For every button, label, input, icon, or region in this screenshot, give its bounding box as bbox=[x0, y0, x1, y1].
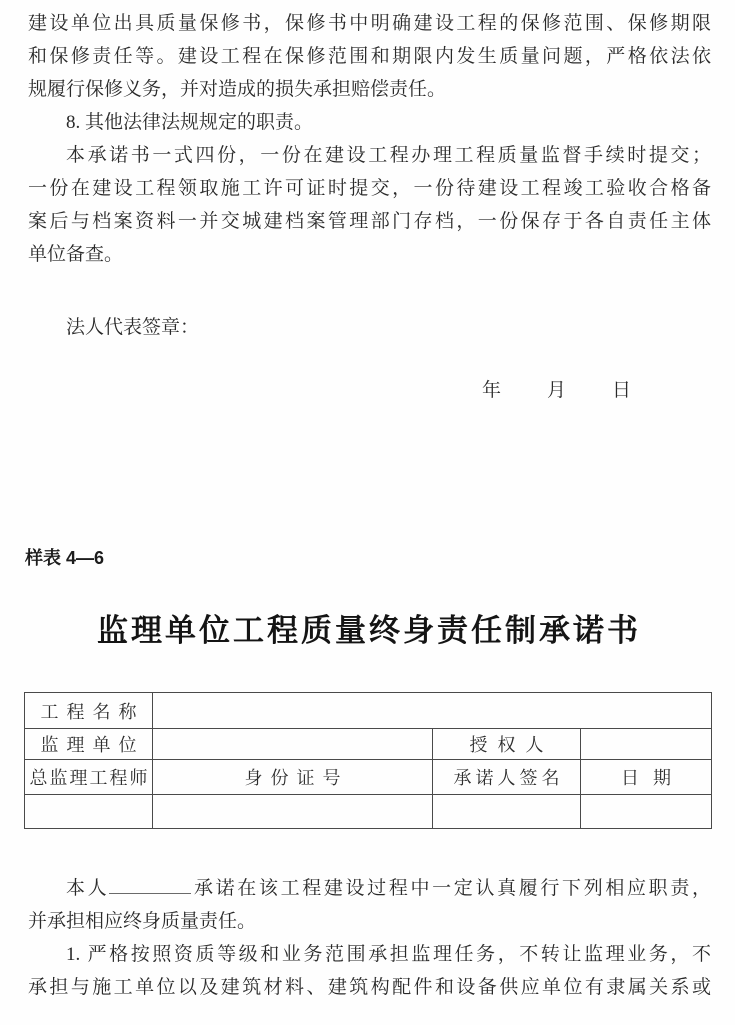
table-row: 监理单位 授权人 bbox=[25, 729, 712, 760]
date-header-cell: 日期 bbox=[581, 760, 712, 795]
sample-table-number: 样表 4—6 bbox=[25, 546, 104, 570]
warranty-section: 建设单位出具质量保修书，保修书中明确建设工程的保修范围、保修期限 和保修责任等。… bbox=[28, 7, 711, 271]
commitment-form-table: 工程名称 监理单位 授权人 总监理工程师 身份证号 承诺人签名 日期 bbox=[24, 692, 712, 829]
body-text-line: 本承诺书一式四份，一份在建设工程办理工程质量监督手续时提交； bbox=[28, 139, 711, 172]
commitment-section: 本人承诺在该工程建设过程中一定认真履行下列相应职责， 并承担相应终身质量责任。 … bbox=[28, 872, 711, 1004]
project-name-value-cell bbox=[153, 693, 712, 729]
chief-engineer-value-cell bbox=[25, 795, 153, 829]
body-text-line: 承担与施工单位以及建筑材料、建筑构配件和设备供应单位有隶属关系或 bbox=[28, 971, 711, 1004]
id-number-value-cell bbox=[153, 795, 433, 829]
body-text-line: 和保修责任等。建设工程在保修范围和期限内发生质量问题，严格依法依 bbox=[28, 40, 711, 73]
authorized-person-value-cell bbox=[581, 729, 712, 760]
body-text-line: 案后与档案资料一并交城建档案管理部门存档，一份保存于各自责任主体 bbox=[28, 205, 711, 238]
body-text-line: 并承担相应终身质量责任。 bbox=[28, 905, 711, 938]
body-text-line: 1. 严格按照资质等级和业务范围承担监理任务，不转让监理业务，不 bbox=[28, 938, 711, 971]
body-text-line: 一份在建设工程领取施工许可证时提交，一份待建设工程竣工验收合格备 bbox=[28, 172, 711, 205]
authorized-person-label-cell: 授权人 bbox=[433, 729, 581, 760]
table-row: 总监理工程师 身份证号 承诺人签名 日期 bbox=[25, 760, 712, 795]
supervision-unit-value-cell bbox=[153, 729, 433, 760]
day-label: 日 bbox=[612, 374, 631, 407]
body-text-line: 单位备查。 bbox=[28, 238, 711, 271]
date-line: 年 月 日 bbox=[482, 374, 631, 407]
chief-engineer-header-cell: 总监理工程师 bbox=[25, 760, 153, 795]
commitment-prefix: 本人 bbox=[66, 878, 109, 899]
body-text-line: 本人承诺在该工程建设过程中一定认真履行下列相应职责， bbox=[28, 872, 711, 905]
fill-in-blank bbox=[109, 875, 191, 894]
document-title: 监理单位工程质量终身责任制承诺书 bbox=[0, 610, 735, 652]
promisor-signature-value-cell bbox=[433, 795, 581, 829]
table-row: 工程名称 bbox=[25, 693, 712, 729]
year-label: 年 bbox=[482, 374, 501, 407]
date-value-cell bbox=[581, 795, 712, 829]
commitment-suffix: 承诺在该工程建设过程中一定认真履行下列相应职责， bbox=[191, 878, 711, 899]
promisor-signature-header-cell: 承诺人签名 bbox=[433, 760, 581, 795]
body-text-line: 建设单位出具质量保修书，保修书中明确建设工程的保修范围、保修期限 bbox=[28, 7, 711, 40]
id-number-header-cell: 身份证号 bbox=[153, 760, 433, 795]
supervision-unit-label-cell: 监理单位 bbox=[25, 729, 153, 760]
project-name-label-cell: 工程名称 bbox=[25, 693, 153, 729]
legal-representative-signature-label: 法人代表签章： bbox=[66, 311, 199, 344]
body-text-line: 规履行保修义务，并对造成的损失承担赔偿责任。 bbox=[28, 73, 711, 106]
month-label: 月 bbox=[547, 374, 566, 407]
table-row bbox=[25, 795, 712, 829]
body-text-line: 8. 其他法律法规规定的职责。 bbox=[28, 106, 711, 139]
document-page: 建设单位出具质量保修书，保修书中明确建设工程的保修范围、保修期限 和保修责任等。… bbox=[0, 0, 735, 1025]
